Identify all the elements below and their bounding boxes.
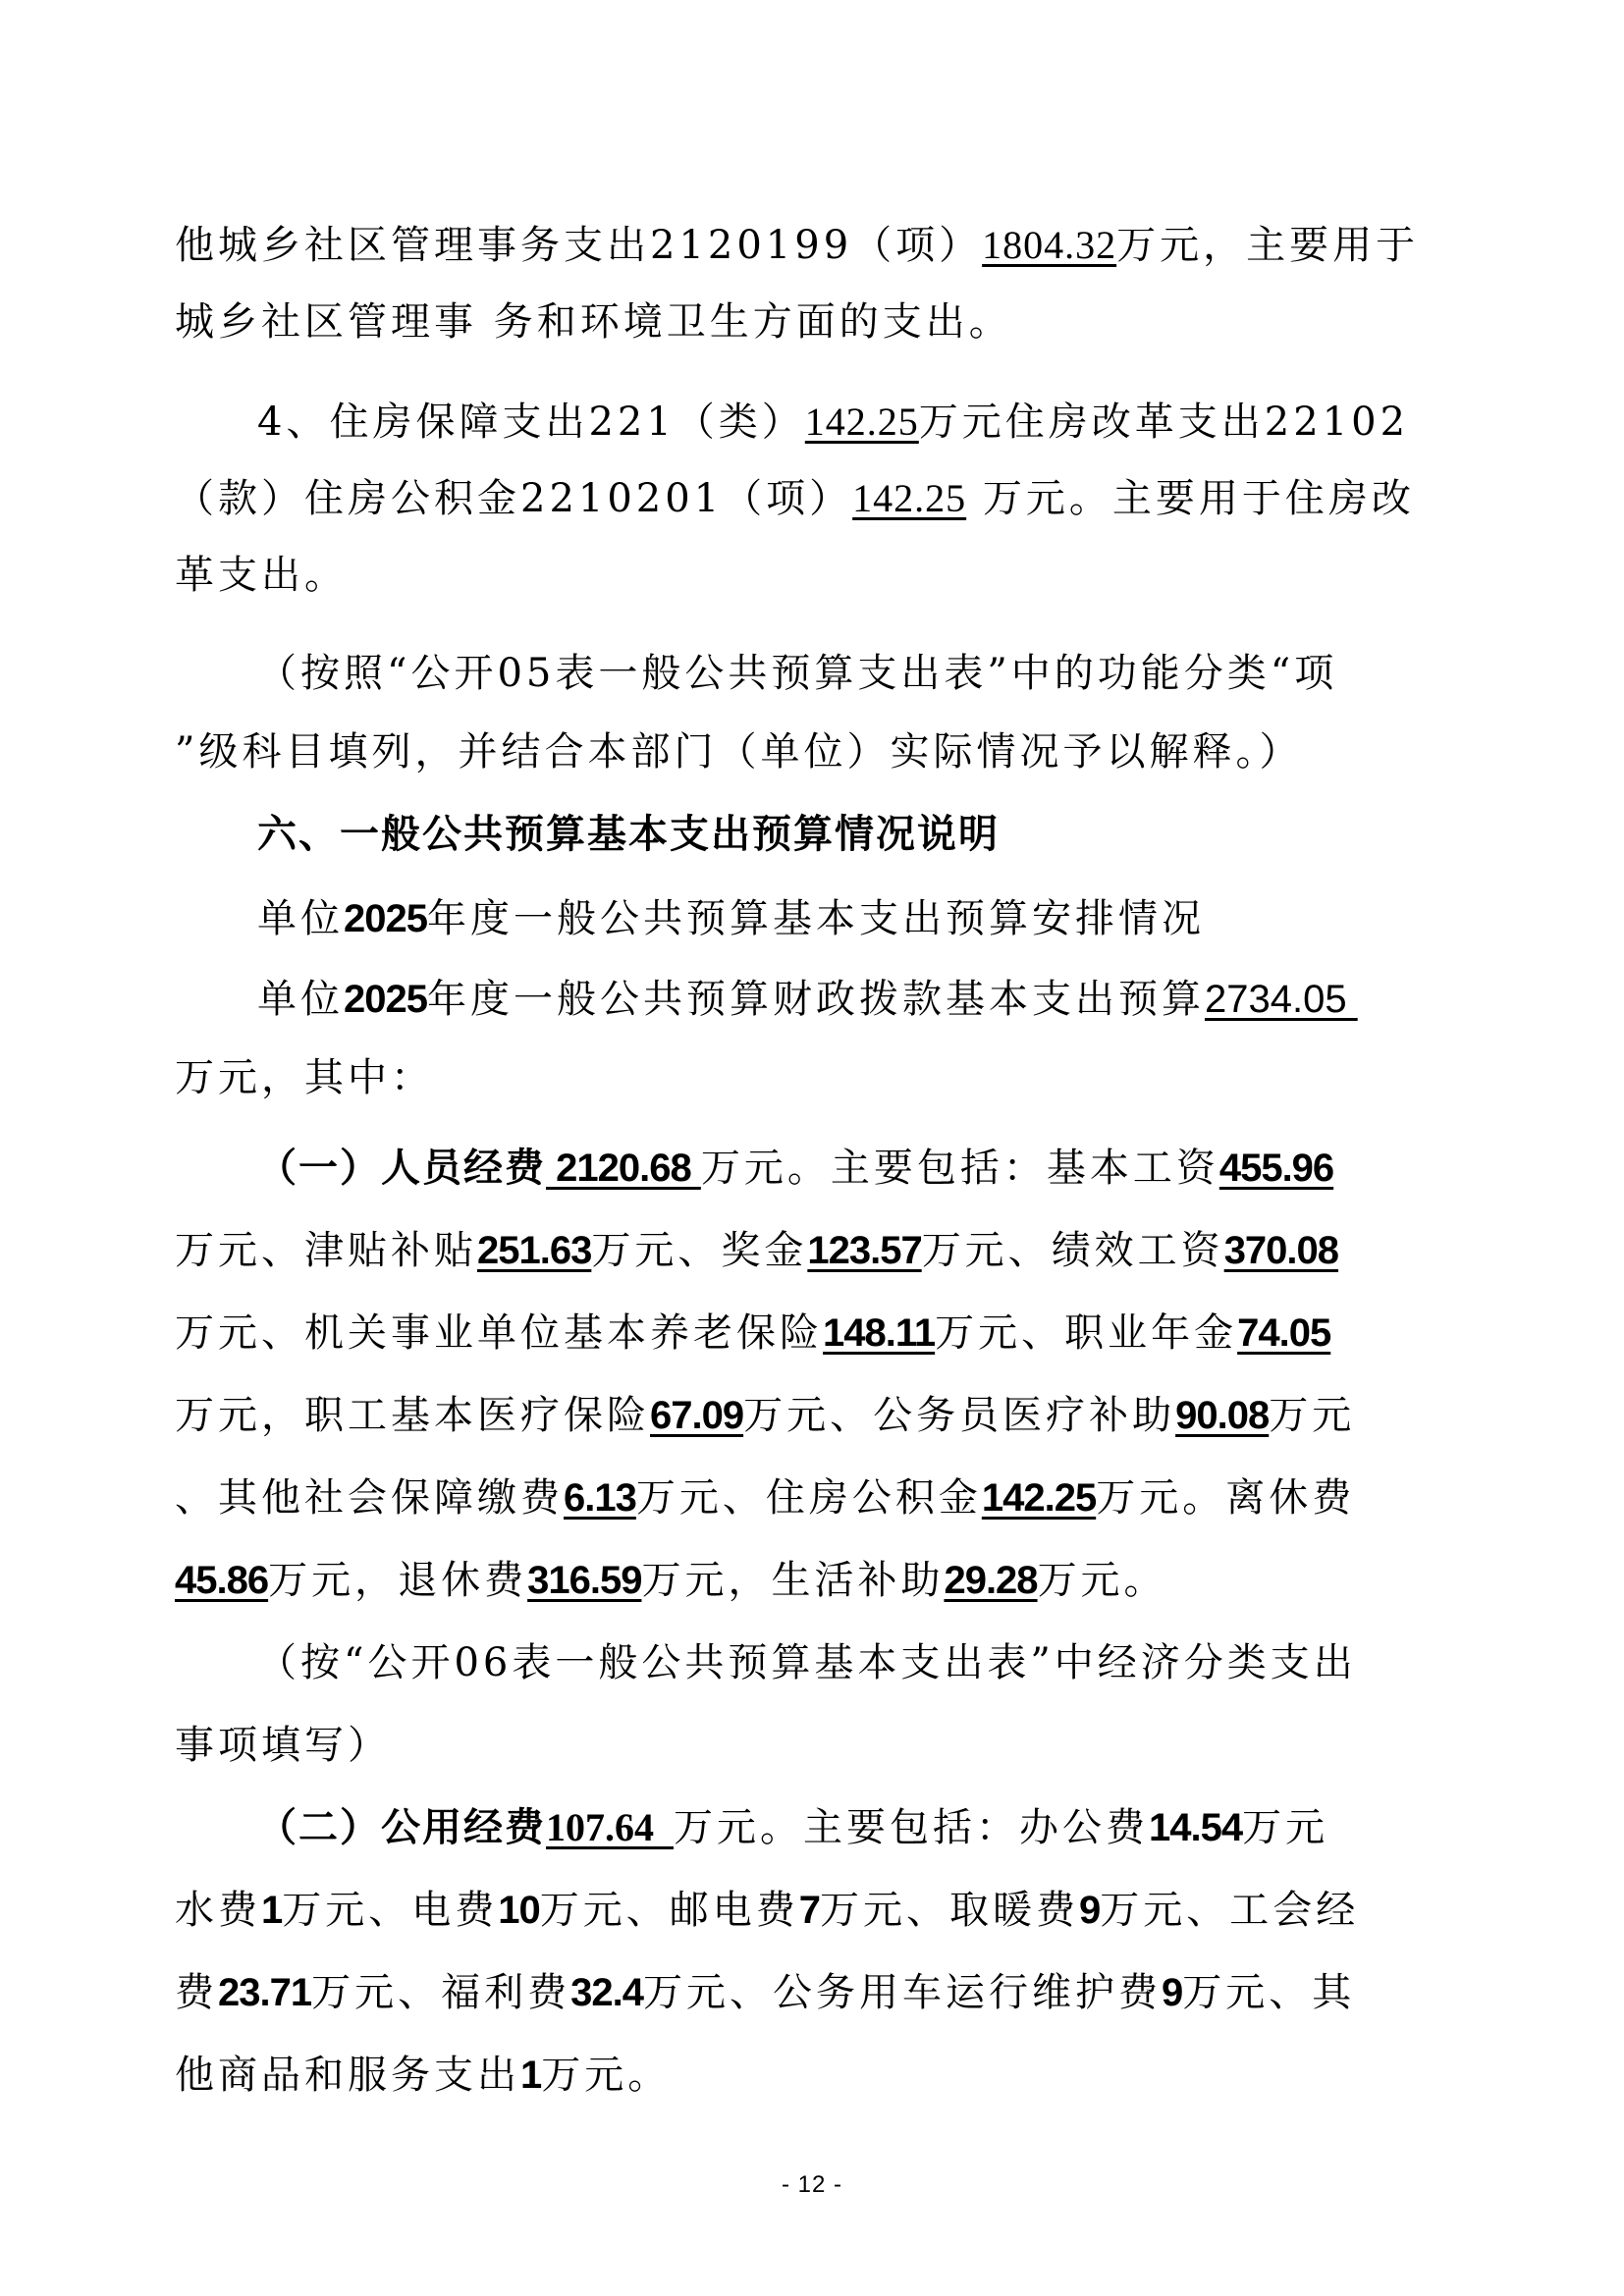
para-housing-line-3: 革支出。 bbox=[175, 552, 348, 599]
amount-postal-fee: 7 bbox=[799, 1889, 820, 1932]
text: 万元， bbox=[175, 1393, 304, 1438]
note-table-06-line-1: （按“公开06表一般公共预算基本支出表”中经济分类支出 bbox=[257, 1639, 1357, 1686]
amount-water-fee: 1 bbox=[261, 1889, 282, 1932]
para-urban-community-line-1: 他城乡社区管理事务支出2120199（项）1804.32万元，主要用于 bbox=[175, 222, 1419, 269]
amount-bonus: 123.57 bbox=[807, 1229, 921, 1272]
amount-civil-servant-medical: 90.08 bbox=[1175, 1394, 1269, 1437]
personnel-line-5: 、其他社会保障缴费6.13万元、住房公积金142.25万元。离休费 bbox=[175, 1474, 1355, 1522]
text: 年度一般公共预算财政拨款基本支出预算 bbox=[427, 977, 1205, 1022]
text: 水费 bbox=[175, 1888, 261, 1933]
amount-personnel-total: 2120.68 bbox=[546, 1147, 701, 1190]
amount-living-subsidy: 29.28 bbox=[944, 1559, 1037, 1602]
text: 他城乡社区管理事务支出2120199（项） bbox=[175, 223, 982, 268]
text: 费 bbox=[175, 1970, 218, 2015]
amount-other-goods-services: 1 bbox=[520, 2054, 541, 2097]
text: 万元、 bbox=[935, 1310, 1064, 1356]
text: 万元、 bbox=[743, 1393, 873, 1438]
text: 绩效工资 bbox=[1052, 1228, 1224, 1273]
section-6-total-line-1: 单位2025年度一般公共预算财政拨款基本支出预算2734.05 bbox=[257, 976, 1358, 1023]
text: 万元 bbox=[1242, 1805, 1328, 1850]
text: 退休费 bbox=[398, 1558, 527, 1603]
amount-total-basic-expenditure: 2734.05 bbox=[1205, 978, 1358, 1021]
year: 2025 bbox=[344, 897, 427, 940]
text: 万元、 bbox=[1182, 1970, 1312, 2015]
text: （款）住房公积金2210201（项） bbox=[175, 476, 852, 521]
text: 单位 bbox=[257, 977, 344, 1022]
text: 离休费 bbox=[1225, 1475, 1355, 1521]
text: 单位 bbox=[257, 896, 344, 941]
text: 生活补助 bbox=[771, 1558, 944, 1603]
personnel-line-2: 万元、津贴补贴251.63万元、奖金123.57万元、绩效工资370.08 bbox=[175, 1227, 1338, 1274]
text: 4、住房保障支出221（类） bbox=[257, 400, 805, 445]
amount-pension-insurance: 148.11 bbox=[823, 1311, 935, 1355]
text: 万元、 bbox=[175, 1228, 304, 1273]
note-table-05-line-2: ”级科目填列，并结合本部门（单位）实际情况予以解释。） bbox=[175, 728, 1302, 775]
amount-occupational-annuity: 74.05 bbox=[1237, 1311, 1330, 1355]
amount-union-fee: 23.71 bbox=[218, 1971, 311, 2014]
text: 万元、 bbox=[175, 1310, 304, 1356]
amount-other-social-security: 6.13 bbox=[564, 1476, 636, 1520]
text: 万元。主要用于住房改 bbox=[966, 476, 1415, 521]
text: 万元，主要用于 bbox=[1116, 223, 1419, 268]
text: 取暖费 bbox=[949, 1888, 1079, 1933]
amount-allowance: 251.63 bbox=[477, 1229, 591, 1272]
text: 机关事业单位基本养老保险 bbox=[304, 1310, 823, 1356]
para-housing-line-1: 4、住房保障支出221（类）142.25万元住房改革支出22102 bbox=[257, 399, 1409, 446]
text: 万元。主要包括：基本工资 bbox=[701, 1146, 1219, 1191]
text: 万元、 bbox=[636, 1475, 766, 1521]
amount-housing-class: 142.25 bbox=[805, 400, 919, 444]
amount-housing-provident-fund: 142.25 bbox=[982, 1476, 1096, 1520]
public-line-4: 他商品和服务支出1万元。 bbox=[175, 2052, 671, 2099]
note-table-05-line-1: （按照“公开05表一般公共预算支出表”中的功能分类“项 bbox=[257, 650, 1337, 697]
text: 其 bbox=[1312, 1970, 1355, 2015]
text: 工会经 bbox=[1229, 1888, 1359, 1933]
amount-welfare-fee: 32.4 bbox=[570, 1971, 643, 2014]
amount-urban-community: 1804.32 bbox=[982, 223, 1116, 267]
text: 公务用车运行维护费 bbox=[773, 1970, 1162, 2015]
section-heading-6: 六、一般公共预算基本支出预算情况说明 bbox=[257, 811, 1000, 858]
amount-housing-fund: 142.25 bbox=[852, 476, 966, 520]
text: 津贴补贴 bbox=[304, 1228, 477, 1273]
amount-electricity-fee: 10 bbox=[498, 1889, 540, 1932]
text: 福利费 bbox=[441, 1970, 570, 2015]
text: 住房公积金 bbox=[766, 1475, 982, 1521]
text: 万元。 bbox=[541, 2053, 671, 2098]
text: 奖金 bbox=[721, 1228, 807, 1273]
text: 万元 bbox=[1269, 1393, 1355, 1438]
para-urban-community-line-2: 城乡社区管理事 务和环境卫生方面的支出。 bbox=[175, 298, 1012, 346]
year: 2025 bbox=[344, 978, 427, 1021]
text: 万元、 bbox=[282, 1888, 411, 1933]
personnel-line-4: 万元，职工基本医疗保险67.09万元、公务员医疗补助90.08万元 bbox=[175, 1392, 1355, 1439]
text: 万元、 bbox=[820, 1888, 949, 1933]
document-page: 他城乡社区管理事务支出2120199（项）1804.32万元，主要用于 城乡社区… bbox=[0, 0, 1624, 2296]
amount-retirement-fee-lixiu: 45.86 bbox=[175, 1559, 268, 1602]
text: 万元， bbox=[268, 1558, 398, 1603]
text: 万元、 bbox=[1100, 1888, 1229, 1933]
amount-office-fee: 14.54 bbox=[1149, 1806, 1242, 1849]
text: 他商品和服务支出 bbox=[175, 2053, 520, 2098]
text: 公务员医疗补助 bbox=[873, 1393, 1175, 1438]
text: 其他社会保障缴费 bbox=[218, 1475, 564, 1521]
text: 万元住房改革支出22102 bbox=[919, 400, 1409, 445]
text: 万元。 bbox=[1096, 1475, 1225, 1521]
text: 万元、 bbox=[591, 1228, 721, 1273]
amount-retirement-fee-tuixiu: 316.59 bbox=[527, 1559, 641, 1602]
personnel-line-6: 45.86万元，退休费316.59万元，生活补助29.28万元。 bbox=[175, 1557, 1167, 1604]
text: 万元、 bbox=[540, 1888, 670, 1933]
text: 、 bbox=[175, 1475, 218, 1521]
amount-basic-salary: 455.96 bbox=[1219, 1147, 1333, 1190]
personnel-line-3: 万元、机关事业单位基本养老保险148.11万元、职业年金74.05 bbox=[175, 1309, 1330, 1357]
public-line-1: （二）公用经费107.64 万元。主要包括：办公费14.54万元 bbox=[257, 1804, 1328, 1851]
public-label: （二）公用经费 bbox=[257, 1805, 546, 1850]
text: 职工基本医疗保险 bbox=[304, 1393, 650, 1438]
public-line-2: 水费1万元、电费10万元、邮电费7万元、取暖费9万元、工会经 bbox=[175, 1887, 1359, 1934]
amount-heating-fee: 9 bbox=[1079, 1889, 1100, 1932]
text: 职业年金 bbox=[1064, 1310, 1237, 1356]
text: 万元， bbox=[641, 1558, 771, 1603]
text: 万元。主要包括：办公费 bbox=[674, 1805, 1149, 1850]
personnel-label: （一）人员经费 bbox=[257, 1146, 546, 1191]
text: 万元、 bbox=[311, 1970, 441, 2015]
text: 邮电费 bbox=[670, 1888, 799, 1933]
text: 年度一般公共预算基本支出预算安排情况 bbox=[427, 896, 1205, 941]
personnel-line-1: （一）人员经费 2120.68 万元。主要包括：基本工资455.96 bbox=[257, 1145, 1333, 1192]
amount-medical-insurance: 67.09 bbox=[650, 1394, 743, 1437]
text: 万元。 bbox=[1038, 1558, 1167, 1603]
amount-public-total: 107.64 bbox=[546, 1805, 674, 1849]
text: 万元、 bbox=[643, 1970, 773, 2015]
section-6-total-line-2: 万元，其中： bbox=[175, 1054, 434, 1101]
section-6-subtitle: 单位2025年度一般公共预算基本支出预算安排情况 bbox=[257, 895, 1205, 942]
public-line-3: 费23.71万元、福利费32.4万元、公务用车运行维护费9万元、其 bbox=[175, 1969, 1355, 2016]
note-table-06-line-2: 事项填写） bbox=[175, 1722, 391, 1769]
amount-vehicle-maintenance: 9 bbox=[1162, 1971, 1182, 2014]
para-housing-line-2: （款）住房公积金2210201（项）142.25 万元。主要用于住房改 bbox=[175, 475, 1415, 522]
text: 电费 bbox=[411, 1888, 498, 1933]
amount-performance-pay: 370.08 bbox=[1224, 1229, 1338, 1272]
text: 万元、 bbox=[922, 1228, 1052, 1273]
page-number: - 12 - bbox=[0, 2171, 1624, 2199]
